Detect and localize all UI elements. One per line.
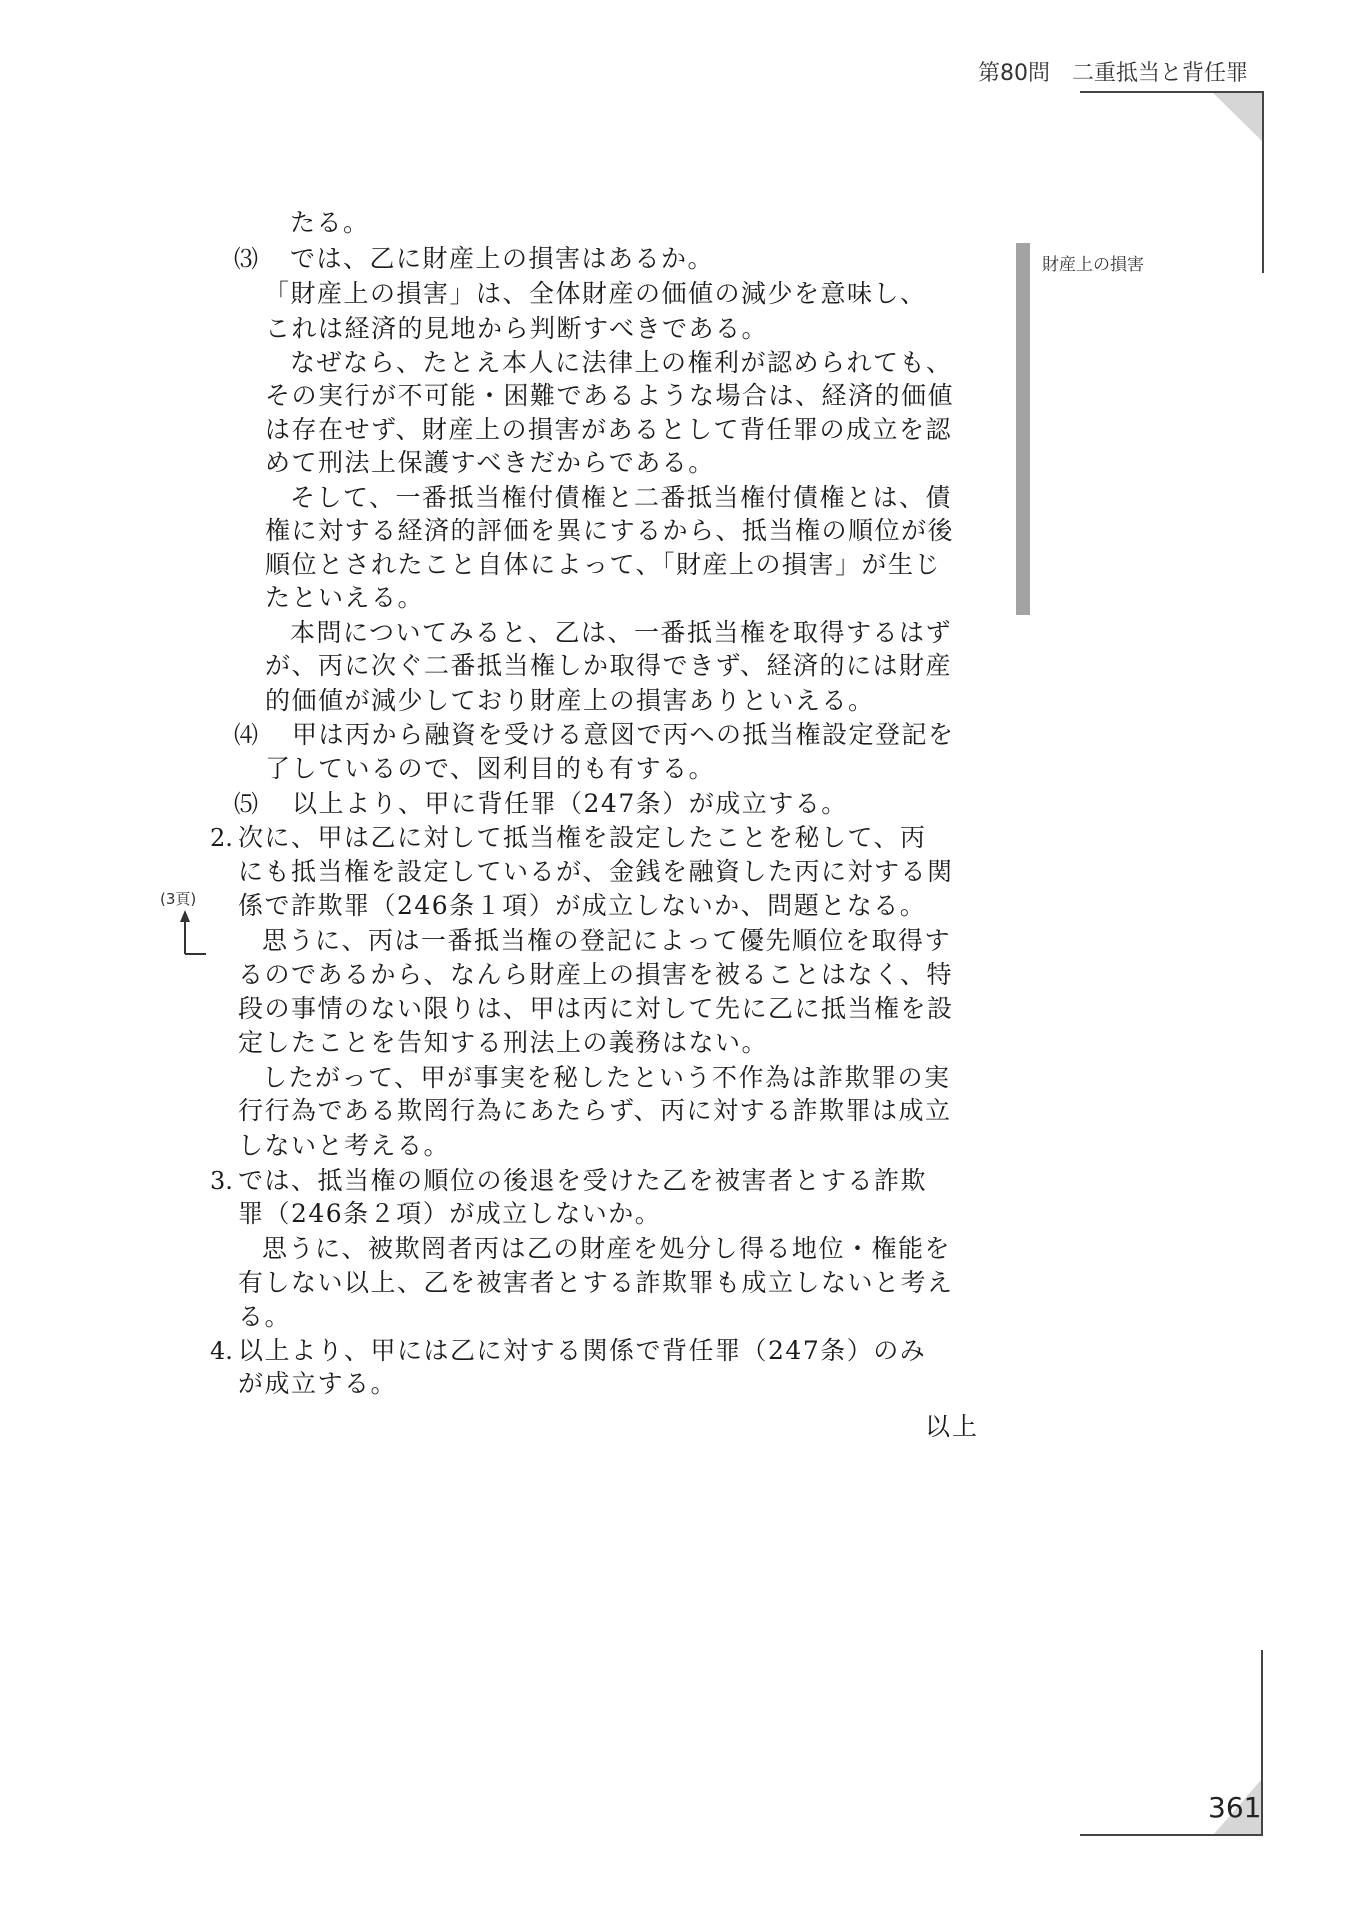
text-line: 思うに、被欺罔者丙は乙の財産を処分し得る地位・権能を	[262, 1234, 951, 1264]
text-line: これは経済的見地から判断すべきである。	[265, 314, 768, 344]
text-line: 甲は丙から融資を受ける意図で丙への抵当権設定登記を	[292, 720, 955, 750]
text-line: が成立する。	[238, 1369, 397, 1399]
text-line: では、抵当権の順位の後退を受けた乙を被害者とする詐欺	[238, 1166, 927, 1196]
item-number: 4.	[210, 1336, 233, 1366]
item-number: 3.	[210, 1166, 233, 1196]
text-line: なぜなら、たとえ本人に法律上の権利が認められても、	[290, 348, 953, 378]
text-line: は存在せず、財産上の損害があるとして背任罪の成立を認	[265, 415, 952, 445]
question-title: 二重抵当と背任罪	[1072, 61, 1248, 86]
text-line: たる。	[290, 208, 370, 238]
text-line: しないと考える。	[238, 1131, 450, 1161]
text-line: 順位とされたこと自体によって、「財産上の損害」が生じ	[265, 550, 941, 580]
text-line: 以上より、甲に背任罪（247条）が成立する。	[292, 789, 848, 819]
text-line: るのであるから、なんら財産上の損害を被ることはなく、特	[238, 960, 953, 990]
text-line: 定したことを告知する刑法上の義務はない。	[238, 1028, 768, 1058]
header-corner-triangle	[1213, 93, 1262, 141]
closing-mark: 以上	[925, 1412, 979, 1442]
up-arrow-icon	[178, 910, 208, 960]
text-line: 了しているので、図利目的も有する。	[265, 754, 715, 784]
running-head: 第80問二重抵当と背任罪	[978, 56, 1248, 87]
text-line: 罪（246条２項）が成立しないか。	[238, 1199, 661, 1229]
text-line: したがって、甲が事実を秘したという不作為は詐欺罪の実	[262, 1063, 951, 1093]
item-number: 2.	[210, 823, 233, 853]
text-line: 係で詐欺罪（246条１項）が成立しないか、問題となる。	[238, 891, 926, 921]
text-line: その実行が不可能・困難であるような場合は、経済的価値	[265, 381, 954, 411]
text-line: 思うに、丙は一番抵当権の登記によって優先順位を取得す	[262, 926, 951, 956]
header-rule-vertical	[1262, 91, 1264, 273]
text-line: る。	[238, 1302, 291, 1332]
text-line: 権に対する経済的評価を異にするから、抵当権の順位が後	[265, 516, 954, 546]
text-line: そして、一番抵当権付債権と二番抵当権付債権とは、債	[290, 483, 952, 513]
margin-highlight-bar	[1016, 243, 1030, 615]
text-line: めて刑法上保護すべきだからである。	[265, 448, 715, 478]
item-number: ⑶	[234, 244, 258, 274]
text-line: 本問についてみると、乙は、一番抵当権を取得するはず	[290, 618, 952, 648]
text-line: たといえる。	[265, 583, 424, 613]
text-line: が、丙に次ぐ二番抵当権しか取得できず、経済的には財産	[265, 651, 952, 681]
footer-rule-horizontal	[1080, 1834, 1263, 1836]
text-line: 段の事情のない限りは、甲は丙に対して先に乙に抵当権を設	[238, 994, 954, 1024]
text-line: 以上より、甲には乙に対する関係で背任罪（247条）のみ	[238, 1336, 926, 1366]
item-number: ⑷	[234, 720, 258, 750]
item-number: ⑸	[234, 789, 258, 819]
text-line: 行行為である欺罔行為にあたらず、丙に対する詐欺罪は成立	[238, 1096, 952, 1126]
text-line: では、乙に財産上の損害はあるか。	[290, 244, 714, 274]
page-number: 361	[1208, 1791, 1261, 1824]
text-line: 有しない以上、乙を被害者とする詐欺罪も成立しないと考え	[238, 1268, 954, 1298]
margin-note: 財産上の損害	[1042, 250, 1144, 275]
question-number: 第80問	[978, 56, 1050, 87]
text-line: 次に、甲は乙に対して抵当権を設定したことを秘して、丙	[238, 823, 927, 853]
cross-reference-note: (3頁)	[160, 888, 196, 909]
text-line: 「財産上の損害」は、全体財産の価値の減少を意味し、	[264, 279, 927, 309]
text-line: にも抵当権を設定しているが、金銭を融資した丙に対する関	[238, 857, 954, 887]
text-line: 的価値が減少しており財産上の損害ありといえる。	[265, 686, 875, 716]
